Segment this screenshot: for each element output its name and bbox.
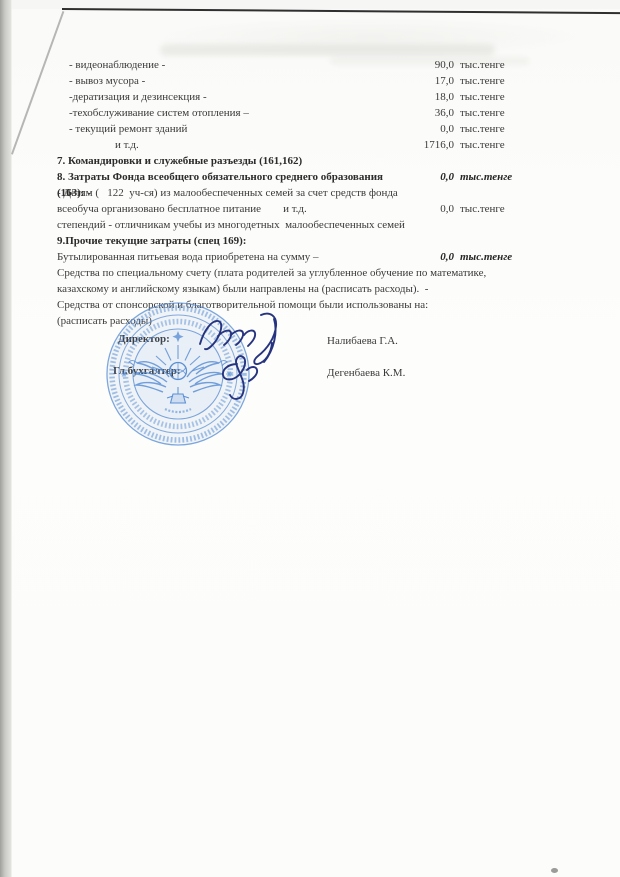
expense-label: - текущий ремонт зданий	[57, 121, 404, 137]
section-8-line: степендий - отличникам учебы из многодет…	[57, 217, 512, 233]
expense-label: -техобслуживание систем отопления –	[57, 105, 404, 121]
expense-amount: 0,0	[404, 121, 454, 137]
section-8-unit: тыс.тенге	[460, 169, 512, 185]
expense-unit: тыс.тенге	[460, 105, 512, 121]
section-7-heading: 7. Командировки и служебные разъезды (16…	[57, 153, 512, 169]
ink-showthrough	[160, 44, 495, 56]
section-8-line: всеобуча организовано бесплатное питание…	[57, 201, 512, 217]
expense-line: -дератизация и дезинсекция - 18,0 тыс.те…	[57, 89, 512, 105]
expense-unit: тыс.тенге	[460, 73, 512, 89]
expense-amount: 36,0	[404, 105, 454, 121]
expense-line: - текущий ремонт зданий 0,0 тыс.тенге	[57, 121, 512, 137]
section-7-title: 7. Командировки и служебные разъезды (16…	[57, 153, 512, 169]
section-9-unit: тыс.тенге	[460, 249, 512, 265]
section-8-line: - Детям ( 122 уч-ся) из малообеспеченных…	[57, 185, 512, 201]
accountant-signature	[223, 356, 257, 399]
scan-speck	[551, 868, 558, 873]
expense-label: и т.д.	[57, 137, 404, 153]
expense-amount: 1716,0	[404, 137, 454, 153]
section-9-heading: 9.Прочие текущие затраты (спец 169):	[57, 233, 512, 249]
expense-line: и т.д. 1716,0 тыс.тенге	[57, 137, 512, 153]
section-8-text: - Детям ( 122 уч-ся) из малообеспеченных…	[57, 185, 512, 201]
section-9-line: казахскому и английскому языкам) были на…	[57, 281, 512, 297]
expense-line: -техобслуживание систем отопления – 36,0…	[57, 105, 512, 121]
section-9-line: Средства по специальному счету (плата ро…	[57, 265, 512, 281]
expense-label: - видеонаблюдение -	[57, 57, 404, 73]
expense-unit: тыс.тенге	[460, 89, 512, 105]
section-8-heading: 8. Затраты Фонда всеобщего обязательного…	[57, 169, 512, 185]
section-8-unit: тыс.тенге	[460, 201, 512, 217]
expense-amount: 90,0	[404, 57, 454, 73]
section-9-text: Средства по специальному счету (плата ро…	[57, 265, 512, 281]
expense-unit: тыс.тенге	[460, 121, 512, 137]
expense-amount: 18,0	[404, 89, 454, 105]
section-8-amount: 0,0	[404, 201, 454, 217]
section-9-amount: 0,0	[404, 249, 454, 265]
section-9-text: Бутылированная питьевая вода приобретена…	[57, 249, 404, 265]
section-8-text: степендий - отличникам учебы из многодет…	[57, 217, 512, 233]
section-9-text: казахскому и английскому языкам) были на…	[57, 281, 512, 297]
report-text-block: - видеонаблюдение - 90,0 тыс.тенге - выв…	[57, 57, 512, 329]
expense-label: - вывоз мусора -	[57, 73, 404, 89]
section-8-amount: 0,0	[404, 169, 454, 185]
director-name: Налибаева Г.А.	[327, 335, 398, 347]
expense-line: - видеонаблюдение - 90,0 тыс.тенге	[57, 57, 512, 73]
expense-unit: тыс.тенге	[460, 137, 512, 153]
section-9-line: Бутылированная питьевая вода приобретена…	[57, 249, 512, 265]
expense-unit: тыс.тенге	[460, 57, 512, 73]
expense-label: -дератизация и дезинсекция -	[57, 89, 404, 105]
section-8-text: всеобуча организовано бесплатное питание…	[57, 201, 404, 217]
signatures-ink	[185, 302, 305, 407]
scanned-report-page: - видеонаблюдение - 90,0 тыс.тенге - выв…	[0, 0, 620, 877]
accountant-name: Дегенбаева К.М.	[327, 367, 405, 379]
section-9-title: 9.Прочие текущие затраты (спец 169):	[57, 233, 512, 249]
expense-amount: 17,0	[404, 73, 454, 89]
expense-line: - вывоз мусора - 17,0 тыс.тенге	[57, 73, 512, 89]
